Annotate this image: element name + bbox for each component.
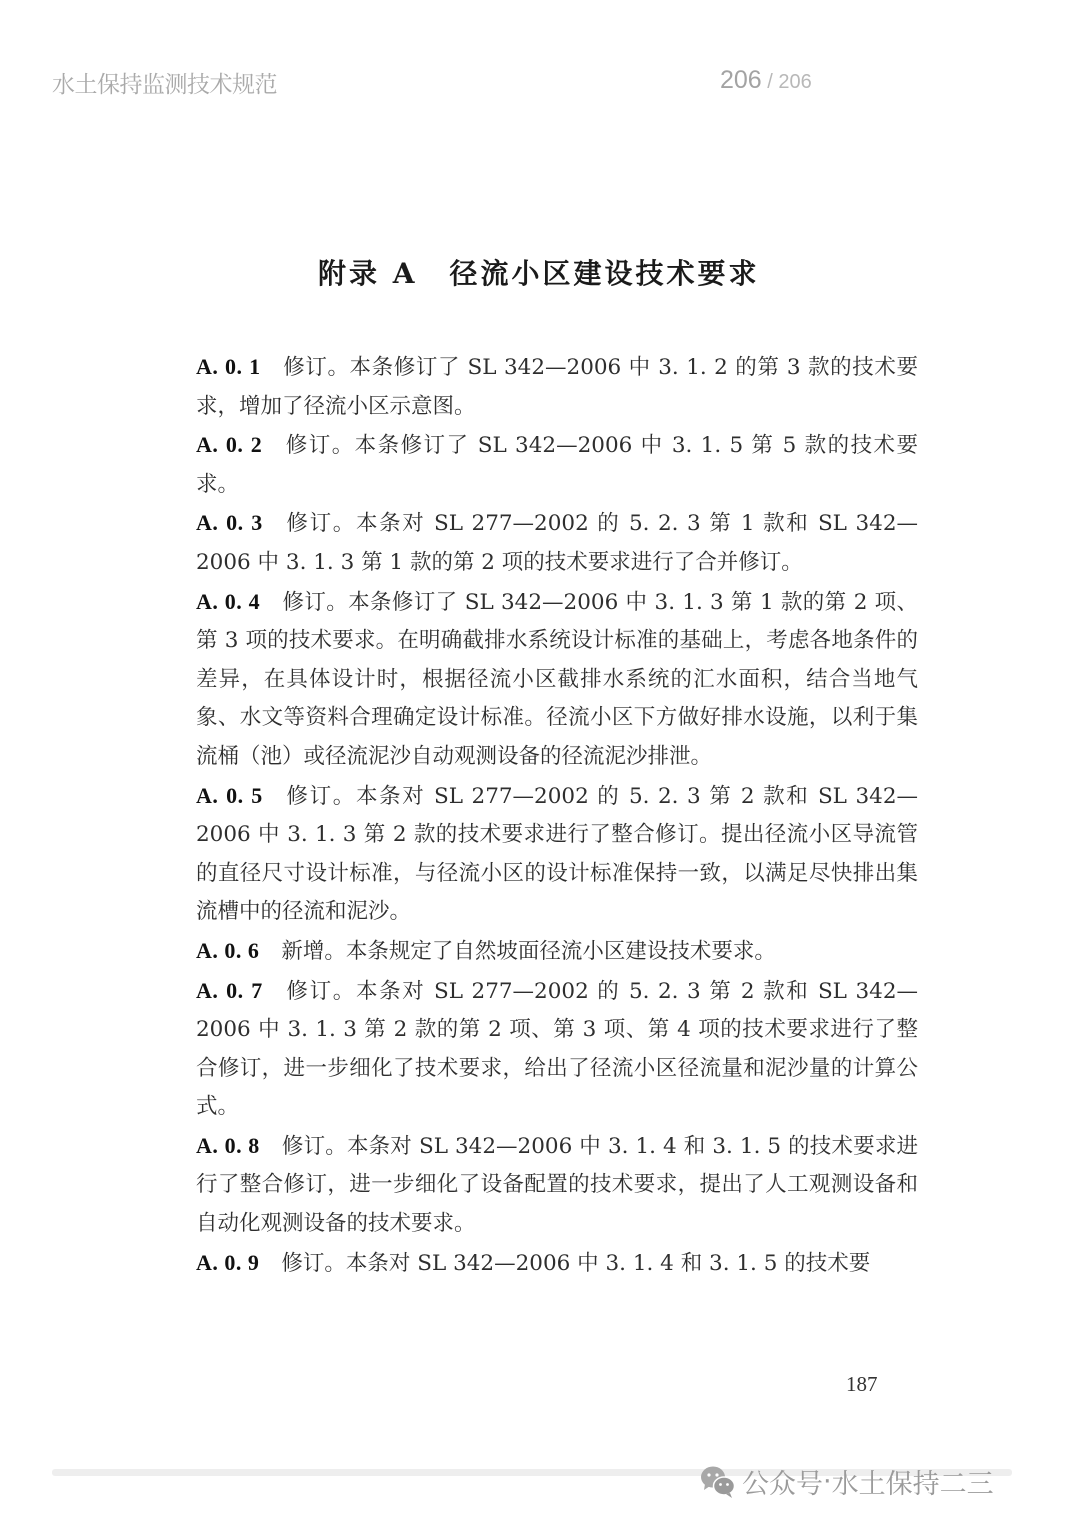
clause-item: A. 0. 5修订。本条对 SL 277—2002 的 5. 2. 3 第 2 … bbox=[196, 777, 918, 932]
clause-item: A. 0. 7修订。本条对 SL 277—2002 的 5. 2. 3 第 2 … bbox=[196, 972, 918, 1127]
appendix-title: 径流小区建设技术要求 bbox=[449, 257, 759, 290]
clause-item: A. 0. 4修订。本条修订了 SL 342—2006 中 3. 1. 3 第 … bbox=[196, 583, 918, 777]
clause-number: A. 0. 9 bbox=[196, 1250, 259, 1275]
current-page: 206 bbox=[720, 66, 762, 94]
watermark-account: 水土保持二三 bbox=[832, 1462, 994, 1501]
clause-text: 新增。本条规定了自然坡面径流小区建设技术要求。 bbox=[281, 939, 776, 964]
watermark-dot: · bbox=[823, 1466, 832, 1497]
watermark-prefix: 公众号 bbox=[742, 1462, 823, 1501]
clause-number: A. 0. 7 bbox=[196, 978, 263, 1003]
viewer-header: 水土保持监测技术规范 206 / 206 bbox=[0, 0, 1080, 130]
document-title: 水土保持监测技术规范 bbox=[52, 66, 277, 99]
clause-number: A. 0. 6 bbox=[196, 938, 259, 963]
clause-text: 修订。本条对 SL 342—2006 中 3. 1. 4 和 3. 1. 5 的… bbox=[281, 1251, 870, 1276]
clause-text: 修订。本条修订了 SL 342—2006 中 3. 1. 2 的第 3 款的技术… bbox=[196, 355, 918, 419]
clause-text: 修订。本条修订了 SL 342—2006 中 3. 1. 5 第 5 款的技术要… bbox=[196, 433, 918, 497]
page-separator: / bbox=[762, 71, 779, 93]
clause-number: A. 0. 2 bbox=[196, 432, 262, 457]
clause-number: A. 0. 3 bbox=[196, 510, 263, 535]
clause-text: 修订。本条对 SL 277—2002 的 5. 2. 3 第 1 款和 SL 3… bbox=[196, 511, 918, 575]
clause-number: A. 0. 1 bbox=[196, 354, 261, 379]
printed-page-number: 187 bbox=[846, 1372, 878, 1397]
clause-text: 修订。本条对 SL 342—2006 中 3. 1. 4 和 3. 1. 5 的… bbox=[196, 1134, 918, 1236]
clause-item: A. 0. 9修订。本条对 SL 342—2006 中 3. 1. 4 和 3.… bbox=[196, 1244, 918, 1284]
clause-number: A. 0. 4 bbox=[196, 589, 260, 614]
clause-item: A. 0. 2修订。本条修订了 SL 342—2006 中 3. 1. 5 第 … bbox=[196, 426, 918, 504]
appendix-label: 附录 A bbox=[318, 257, 417, 290]
appendix-heading: 附录 A径流小区建设技术要求 bbox=[318, 252, 760, 292]
clause-item: A. 0. 6新增。本条规定了自然坡面径流小区建设技术要求。 bbox=[196, 932, 918, 972]
page-counter: 206 / 206 bbox=[720, 66, 812, 95]
clause-list: A. 0. 1修订。本条修订了 SL 342—2006 中 3. 1. 2 的第… bbox=[196, 348, 918, 1283]
wechat-icon bbox=[700, 1465, 736, 1499]
document-page: 附录 A径流小区建设技术要求 A. 0. 1修订。本条修订了 SL 342—20… bbox=[0, 130, 1080, 1460]
clause-number: A. 0. 5 bbox=[196, 783, 263, 808]
clause-text: 修订。本条修订了 SL 342—2006 中 3. 1. 3 第 1 款的第 2… bbox=[196, 590, 918, 769]
clause-text: 修订。本条对 SL 277—2002 的 5. 2. 3 第 2 款和 SL 3… bbox=[196, 979, 918, 1120]
clause-number: A. 0. 8 bbox=[196, 1133, 260, 1158]
clause-text: 修订。本条对 SL 277—2002 的 5. 2. 3 第 2 款和 SL 3… bbox=[196, 784, 918, 925]
wechat-watermark: 公众号 · 水土保持二三 bbox=[700, 1462, 994, 1501]
clause-item: A. 0. 1修订。本条修订了 SL 342—2006 中 3. 1. 2 的第… bbox=[196, 348, 918, 426]
clause-item: A. 0. 8修订。本条对 SL 342—2006 中 3. 1. 4 和 3.… bbox=[196, 1127, 918, 1244]
total-pages: 206 bbox=[778, 71, 811, 93]
clause-item: A. 0. 3修订。本条对 SL 277—2002 的 5. 2. 3 第 1 … bbox=[196, 504, 918, 582]
